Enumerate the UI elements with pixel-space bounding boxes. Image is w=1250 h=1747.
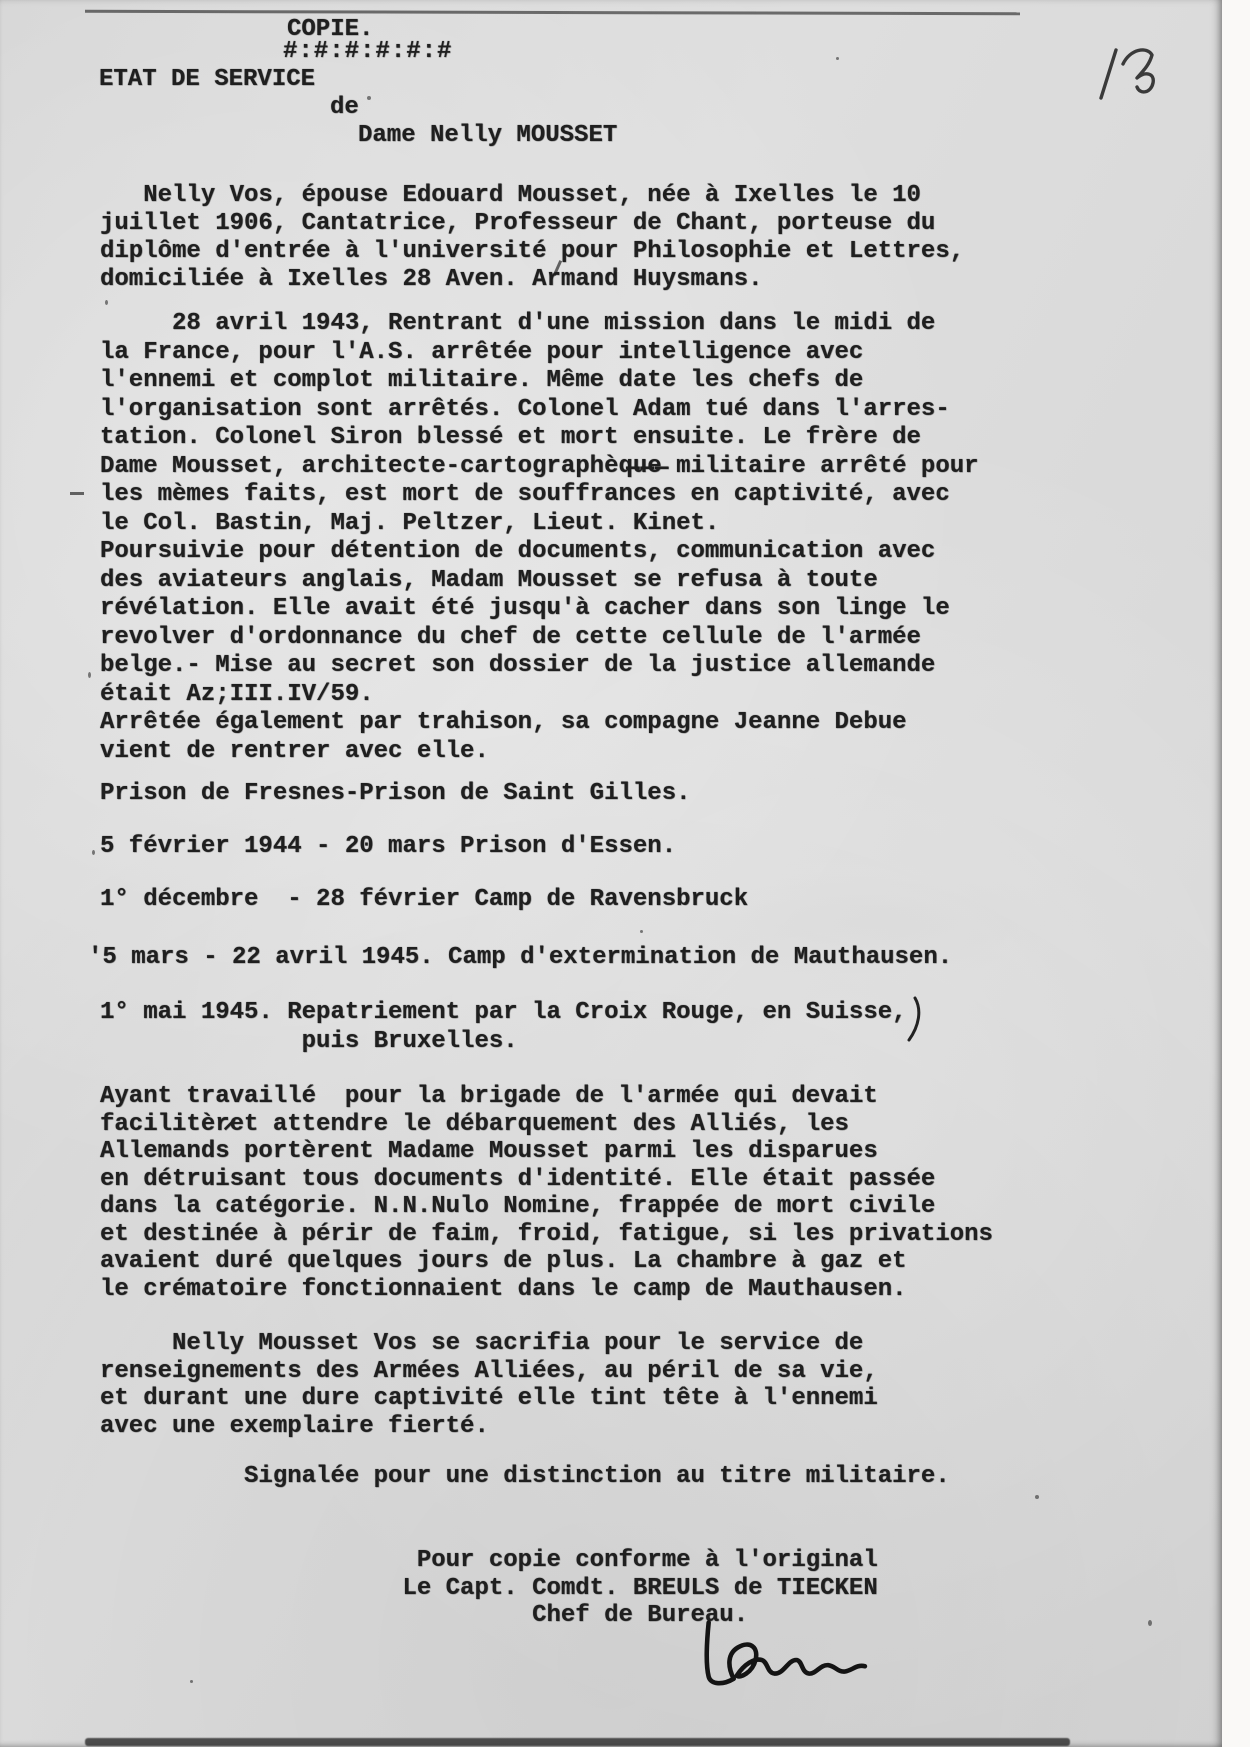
document-title: ETAT DE SERVICE xyxy=(99,66,315,95)
scan-speck xyxy=(88,672,91,678)
tribute-paragraph: Nelly Mousset Vos se sacrifia pour le se… xyxy=(100,1330,878,1440)
scan-speck xyxy=(190,1680,193,1683)
bottom-edge-scan-band xyxy=(85,1738,1070,1746)
distinction-line: Signalée pour une distinction au titre m… xyxy=(100,1463,950,1492)
handwritten-signature xyxy=(692,1618,942,1702)
scan-speck xyxy=(1148,1620,1152,1626)
handwritten-page-number xyxy=(1092,36,1172,108)
title-of-label: de xyxy=(330,94,359,123)
detention-line-mauthausen: '5 mars - 22 avril 1945. Camp d'extermin… xyxy=(88,944,952,973)
detention-line-fresnes: Prison de Fresnes-Prison de Saint Gilles… xyxy=(100,780,691,809)
detention-line-essen: 5 février 1944 - 20 mars Prison d'Essen. xyxy=(100,833,676,862)
arrest-paragraph: 28 avril 1943, Rentrant d'une mission da… xyxy=(100,310,979,766)
aftermath-paragraph: Ayant travaillé pour la brigade de l'arm… xyxy=(100,1083,993,1303)
margin-dash-mark xyxy=(70,492,84,495)
scan-speck xyxy=(105,300,108,305)
repatriation-block: 1° mai 1945. Repatriement par la Croix R… xyxy=(100,998,907,1056)
scan-speck xyxy=(640,930,643,933)
scan-speck xyxy=(367,96,371,100)
scan-page: COPIE. #:#:#:#:#:# ETAT DE SERVICE de Da… xyxy=(0,0,1250,1747)
intro-paragraph: Nelly Vos, épouse Edouard Mousset, née à… xyxy=(100,182,964,294)
copy-underline: #:#:#:#:#:# xyxy=(283,38,452,67)
scan-speck xyxy=(92,850,95,855)
scan-speck xyxy=(1035,1495,1039,1499)
scan-speck xyxy=(836,57,839,60)
subject-name: Dame Nelly MOUSSET xyxy=(358,122,617,151)
detention-line-ravensbruck: 1° décembre - 28 février Camp de Ravensb… xyxy=(100,886,748,915)
handwritten-comma-mark xyxy=(906,996,928,1044)
